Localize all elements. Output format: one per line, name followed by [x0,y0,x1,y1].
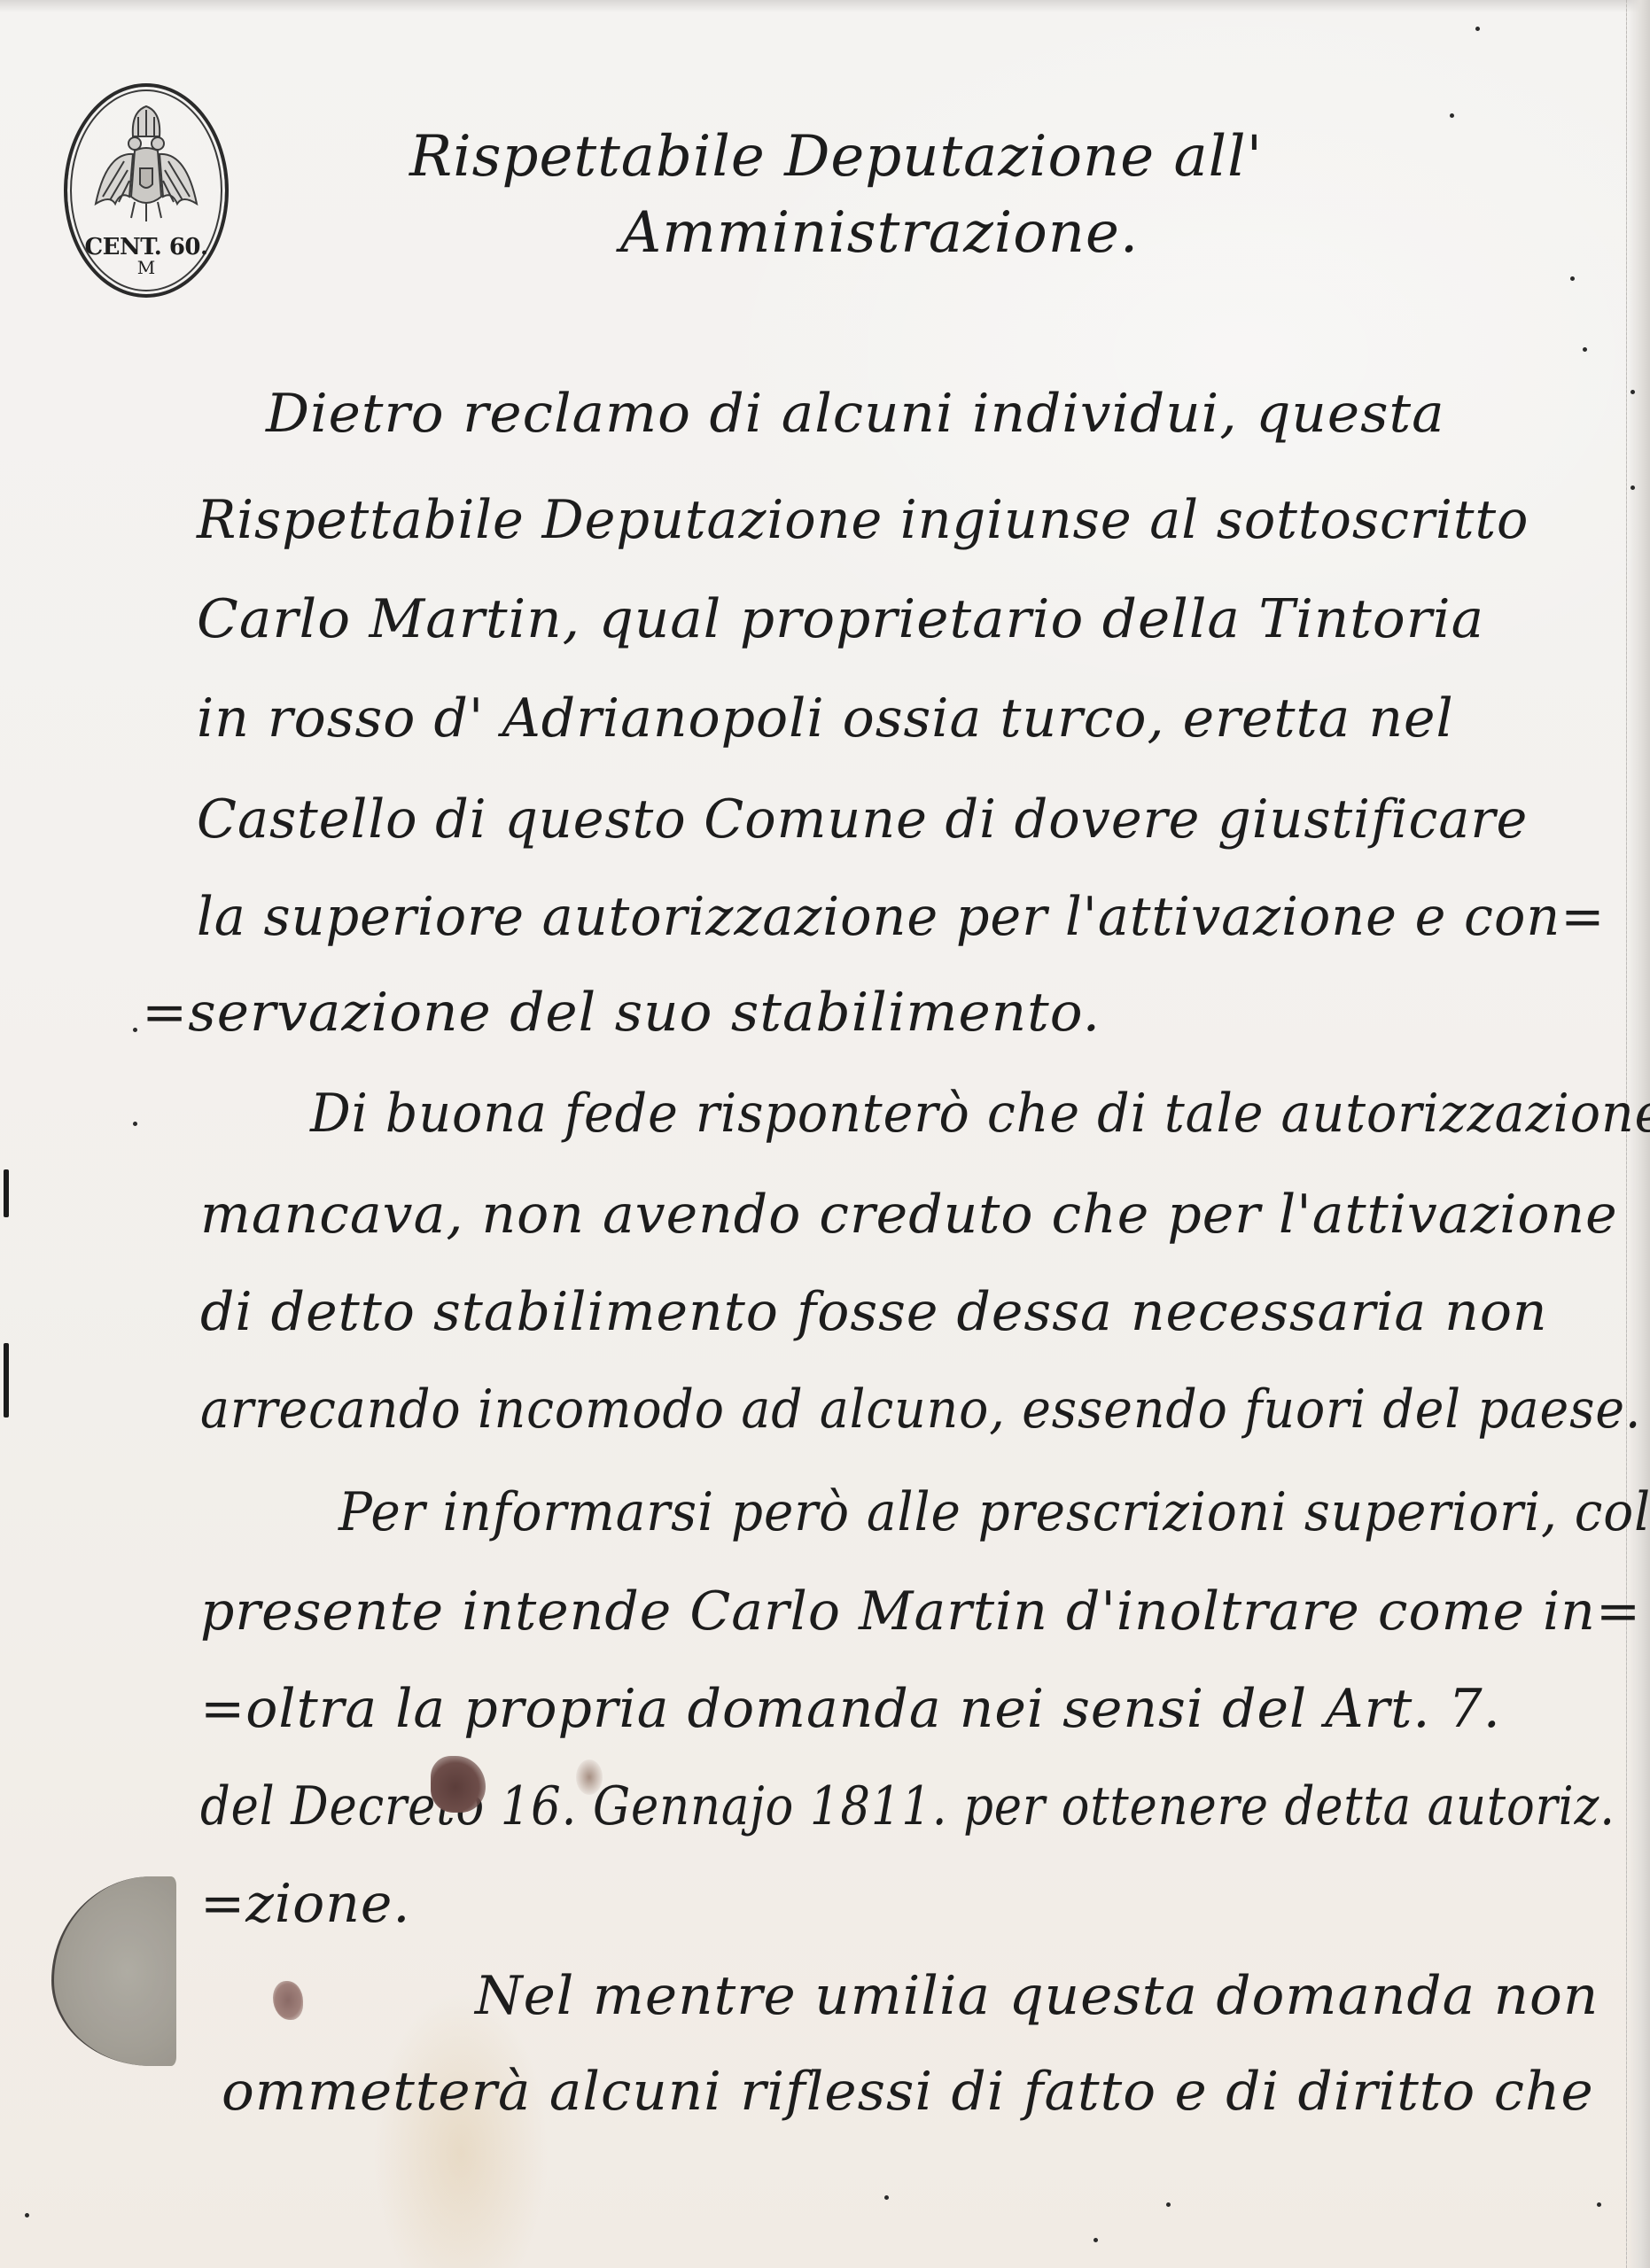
ink-blot [576,1759,603,1795]
ink-speck [884,2195,889,2200]
body-line: =oltra la propria domanda nei sensi del … [200,1678,1501,1740]
body-line: presente intende Carlo Martin d'inoltrar… [200,1581,1641,1643]
body-line: ommetterà alcuni riflessi di fatto e di … [222,2061,1594,2123]
ink-speck [1570,276,1575,281]
body-line: del Decreto 16. Gennajo 1811. per ottene… [200,1775,1615,1837]
stamp-mark: M [67,259,225,276]
body-line: Castello di questo Comune di dovere gius… [197,788,1528,850]
body-line: Nel mentre umilia questa domanda non [475,1965,1599,2027]
body-line: di detto stabilimento fosse dessa necess… [200,1281,1548,1343]
body-line: la superiore autorizzazione per l'attiva… [197,886,1605,948]
body-line: Di buona fede risponterò che di tale aut… [310,1083,1650,1145]
ink-speck [1166,2202,1171,2207]
body-line: Rispettabile Deputazione ingiunse al sot… [197,489,1529,551]
body-line: mancava, non avendo creduto che per l'at… [200,1184,1618,1246]
heading-line-2: Amministrazione. [620,200,1139,266]
ink-speck [1475,27,1480,31]
revenue-stamp: CENT. 60. M [64,83,229,298]
heading-line-1: Rispettabile Deputazione all' [409,124,1263,190]
binding-mark [4,1169,9,1217]
stamp-value: CENT. 60. [67,236,225,259]
body-line: arrecando incomodo ad alcuno, essendo fu… [200,1379,1641,1441]
binding-mark [4,1343,9,1417]
crowned-eagle-icon [80,99,213,232]
body-line: Carlo Martin, qual proprietario della Ti… [197,588,1484,650]
ink-speck [1583,347,1587,352]
ink-speck [1094,2238,1098,2242]
body-line: =servazione del suo stabilimento. [142,982,1101,1044]
ink-speck [1450,113,1454,118]
ink-speck [133,1028,137,1032]
paper-top-edge [0,0,1650,12]
body-line: Dietro reclamo di alcuni individui, ques… [266,383,1445,445]
body-line: Per informarsi però alle prescrizioni su… [339,1481,1650,1543]
ink-speck [1631,390,1635,394]
ink-speck [25,2213,29,2218]
ink-blot [273,1981,303,2020]
body-line: =zione. [200,1873,410,1935]
ink-speck [1631,485,1635,490]
ink-speck [133,1122,137,1126]
ink-speck [1597,2202,1601,2207]
water-stain [51,1876,176,2066]
document-page: CENT. 60. M Rispettabile Deputazione all… [0,0,1650,2268]
body-line: in rosso d' Adrianopoli ossia turco, ere… [197,687,1454,750]
ink-blot [431,1756,486,1813]
